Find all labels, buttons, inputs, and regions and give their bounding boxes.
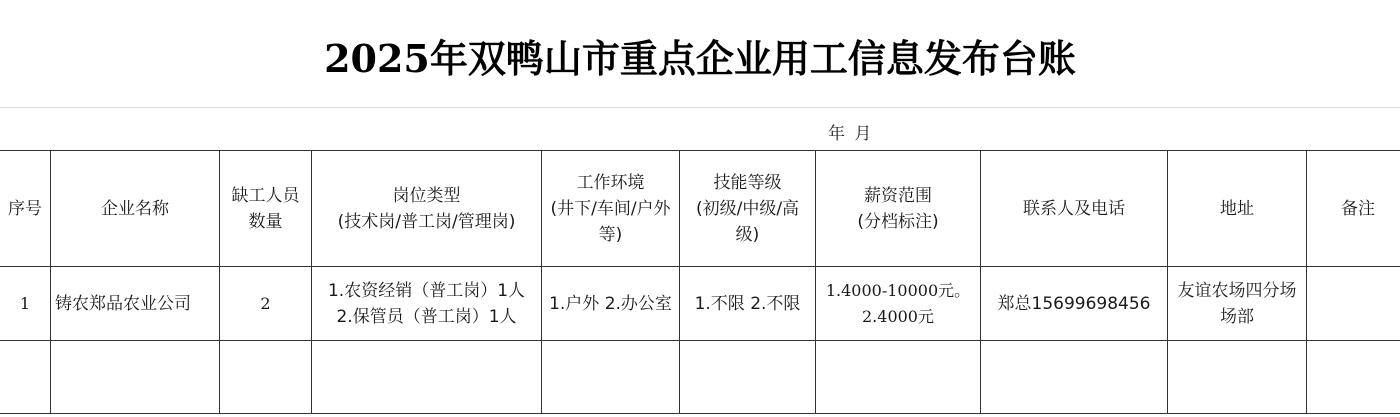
header-address: 地址 [1168,151,1307,267]
header-contact: 联系人及电话 [981,151,1168,267]
cell-remark [1307,267,1400,341]
table-header-row: 序号 企业名称 缺工人员数量 岗位类型 (技术岗/普工岗/管理岗) 工作环境 (… [0,151,1400,267]
header-seq: 序号 [0,151,51,267]
table-row [0,341,1400,414]
cell-remark [1307,341,1400,414]
cell-skill [680,341,816,414]
header-position-type-sub: (技术岗/普工岗/管理岗) [316,209,537,235]
cell-salary [816,341,981,414]
cell-environment: 1.户外 2.办公室 [542,267,680,341]
cell-shortage: 2 [220,267,312,341]
cell-position-type [312,341,542,414]
cell-seq: 1 [0,267,51,341]
cell-position-type: 1.农资经销（普工岗）1人 2.保管员（普工岗）1人 [312,267,542,341]
header-position-type: 岗位类型 (技术岗/普工岗/管理岗) [312,151,542,267]
cell-company [51,341,220,414]
header-remark: 备注 [1307,151,1400,267]
cell-skill: 1.不限 2.不限 [680,267,816,341]
cell-address [1168,341,1307,414]
cell-environment [542,341,680,414]
cell-contact [981,341,1168,414]
cell-salary: 1.4000-10000元。 2.4000元 [816,267,981,341]
cell-contact: 郑总15699698456 [981,267,1168,341]
cell-address: 友谊农场四分场场部 [1168,267,1307,341]
cell-company: 铸农郑品农业公司 [51,267,220,341]
cell-seq [0,341,51,414]
employment-table: 序号 企业名称 缺工人员数量 岗位类型 (技术岗/普工岗/管理岗) 工作环境 (… [0,150,1400,414]
header-shortage: 缺工人员数量 [220,151,312,267]
divider [0,107,1400,108]
header-position-type-label: 岗位类型 [316,183,537,209]
header-salary: 薪资范围 (分档标注) [816,151,981,267]
page-title: 2025年双鸭山市重点企业用工信息发布台账 [0,28,1400,83]
header-company: 企业名称 [51,151,220,267]
header-environment: 工作环境 (井下/车间/户外等) [542,151,680,267]
header-skill: 技能等级 (初级/中级/高级) [680,151,816,267]
table-row: 1 铸农郑品农业公司 2 1.农资经销（普工岗）1人 2.保管员（普工岗）1人 … [0,267,1400,341]
cell-shortage [220,341,312,414]
date-label: 年 月 [828,119,873,144]
